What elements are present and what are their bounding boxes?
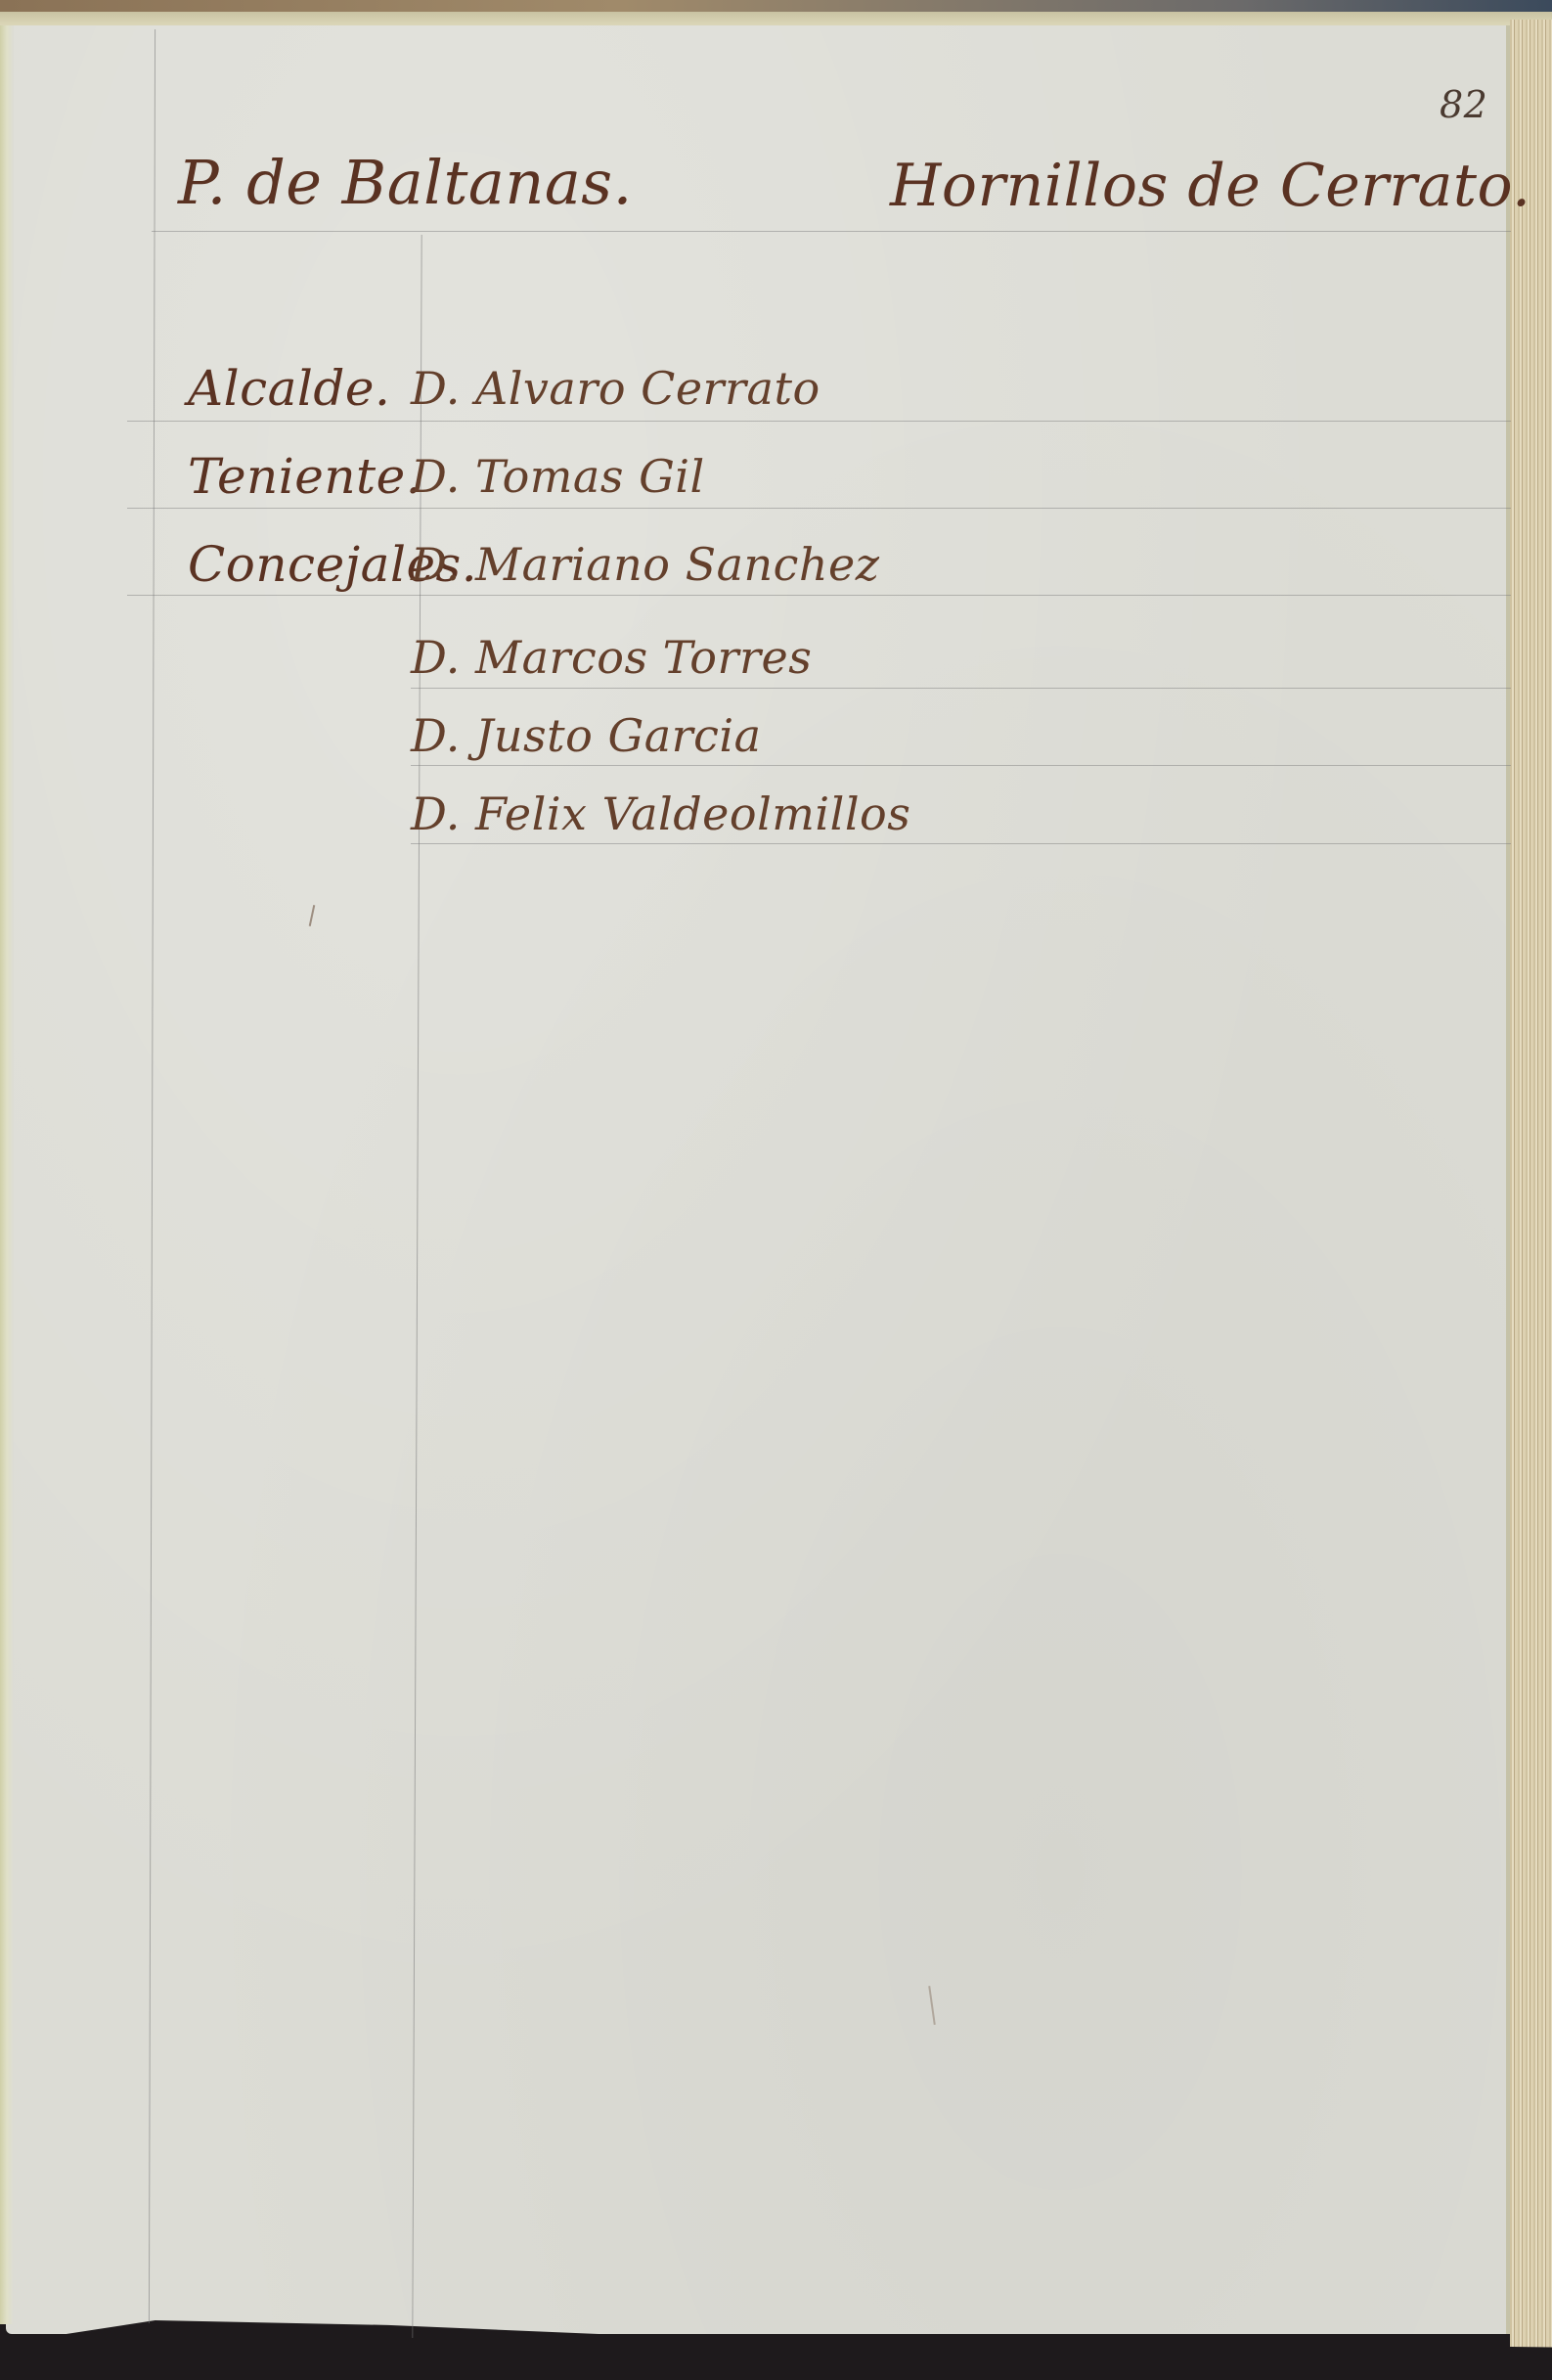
scanned-ledger-page: 82 P. de Baltanas. Hornillos de Cerrato.… (0, 0, 1552, 2380)
row-rule-6 (411, 843, 1511, 844)
header-town: Hornillos de Cerrato. (890, 152, 1531, 220)
row-rule-5 (411, 765, 1511, 766)
row-rule-2 (127, 508, 1511, 509)
page-number: 82 (1440, 83, 1487, 126)
header-parish: P. de Baltanas. (178, 147, 633, 218)
row-rule-1 (127, 421, 1511, 422)
name-concejal-2: D. Marcos Torres (411, 631, 812, 684)
header-rule (152, 231, 1511, 232)
name-concejal-3: D. Justo Garcia (411, 709, 762, 762)
name-concejal-1: D. Mariano Sanchez (411, 538, 880, 591)
row-rule-4 (411, 688, 1511, 689)
page-left-gutter (0, 25, 14, 2324)
name-concejal-4: D. Felix Valdeolmillos (411, 787, 910, 840)
role-alcalde: Alcalde. (188, 360, 390, 417)
name-teniente: D. Tomas Gil (411, 450, 705, 503)
name-alcalde: D. Alvaro Cerrato (411, 362, 820, 415)
row-rule-3 (127, 595, 1511, 596)
page-stack-edge (1510, 20, 1552, 2348)
role-teniente: Teniente. (188, 448, 421, 505)
